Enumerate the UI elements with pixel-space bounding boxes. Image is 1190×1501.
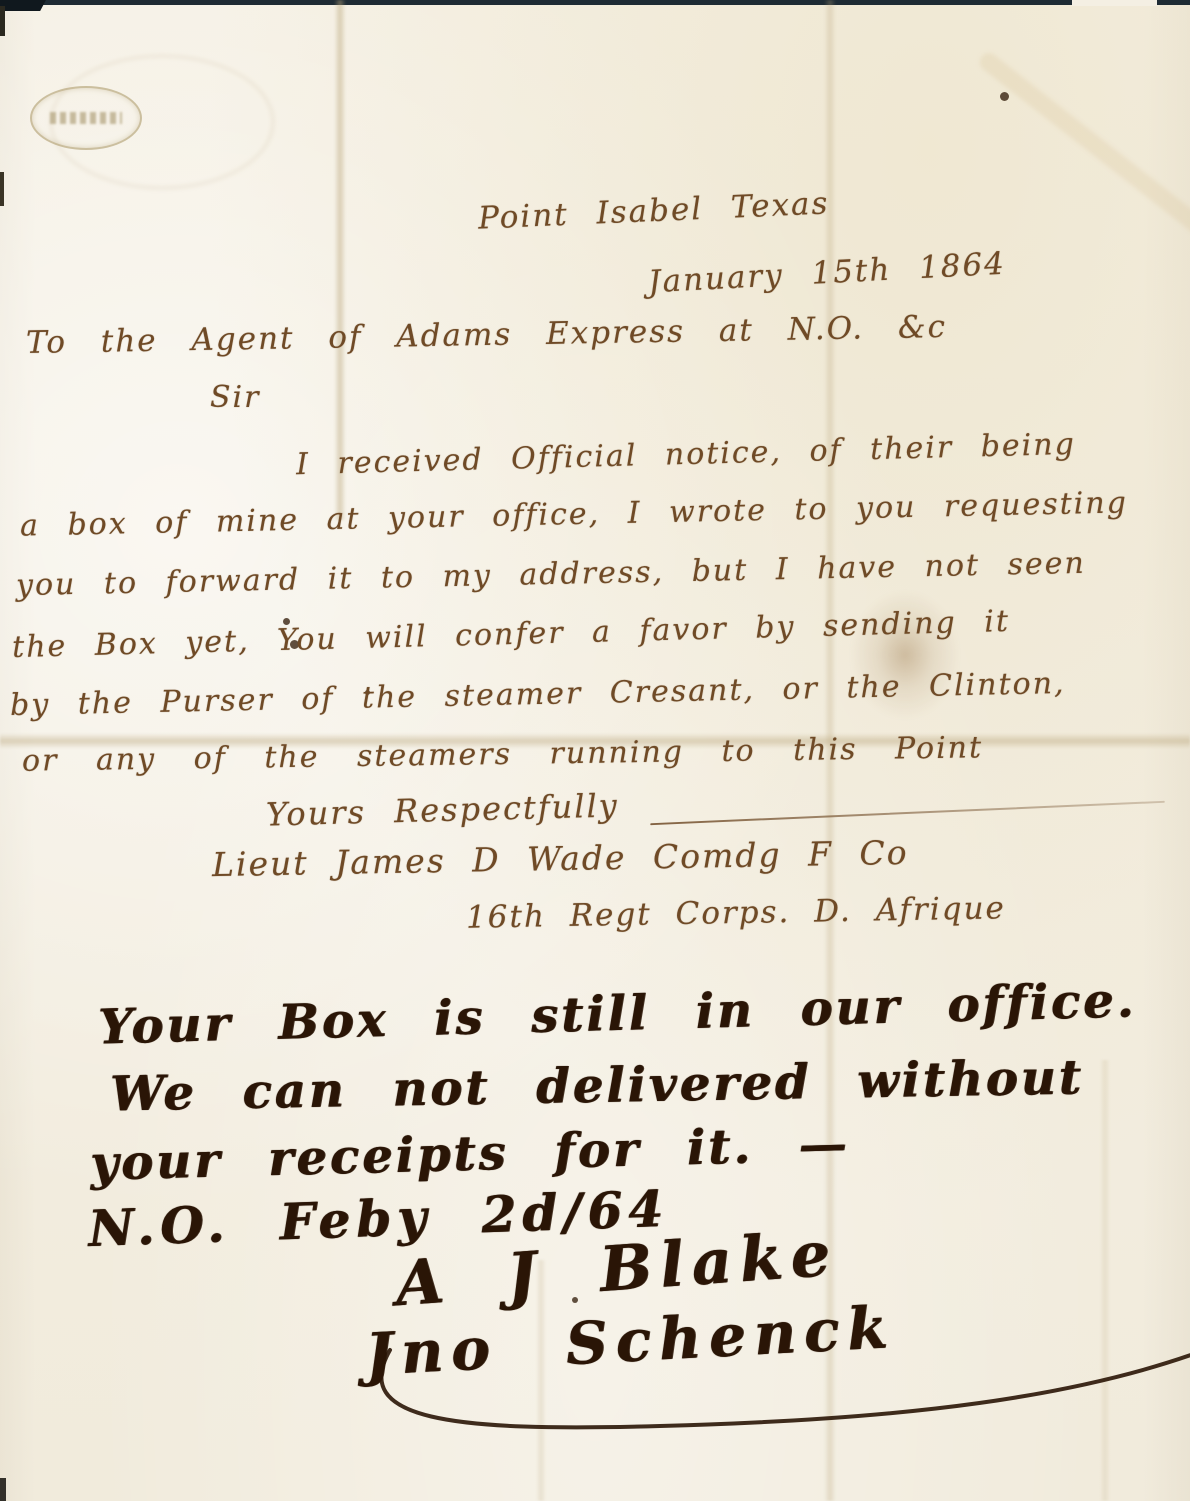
ink-speck (1000, 92, 1009, 101)
annotation-line: your receipts for it. — (90, 1120, 851, 1188)
stamp-illegible-text (50, 112, 122, 124)
scan-left-edge-tear (0, 6, 5, 36)
paper-streak (976, 50, 1190, 249)
letter-unit-line: 16th Regt Corps. D. Afrique (466, 893, 1006, 933)
embossed-stamp-icon (30, 86, 142, 150)
fold-crease-vertical (334, 0, 346, 520)
annotation-line: We can not delivered without (110, 1054, 1084, 1119)
scan-top-edge (0, 0, 1190, 5)
pen-flourish-line (650, 801, 1165, 825)
letter-signed-by: Lieut James D Wade Comdg F Co (212, 836, 909, 881)
scan-top-edge-gap (1072, 0, 1157, 6)
letter-date-line: January 15th 1864 (647, 249, 1006, 299)
letter-scan: Point Isabel Texas January 15th 1864 To … (0, 0, 1190, 1501)
letter-salutation: Sir (210, 383, 261, 413)
letter-recipient-line: To the Agent of Adams Express at N.O. &c (26, 312, 947, 359)
annotation-line: Your Box is still in our office. (98, 976, 1137, 1051)
scan-left-edge-tear (0, 172, 4, 206)
letter-body-line: I received Official notice, of their bei… (296, 430, 1076, 480)
letter-body-line: a box of mine at your office, I wrote to… (20, 488, 1128, 541)
letter-body-line: you to forward it to my address, but I h… (16, 549, 1086, 601)
scan-left-edge-tear (0, 1478, 6, 1501)
signature-flourish (330, 1330, 1190, 1445)
letter-place-line: Point Isabel Texas (477, 188, 830, 234)
scan-corner-mark (0, 0, 46, 11)
letter-closing: Yours Respectfully (266, 789, 619, 830)
